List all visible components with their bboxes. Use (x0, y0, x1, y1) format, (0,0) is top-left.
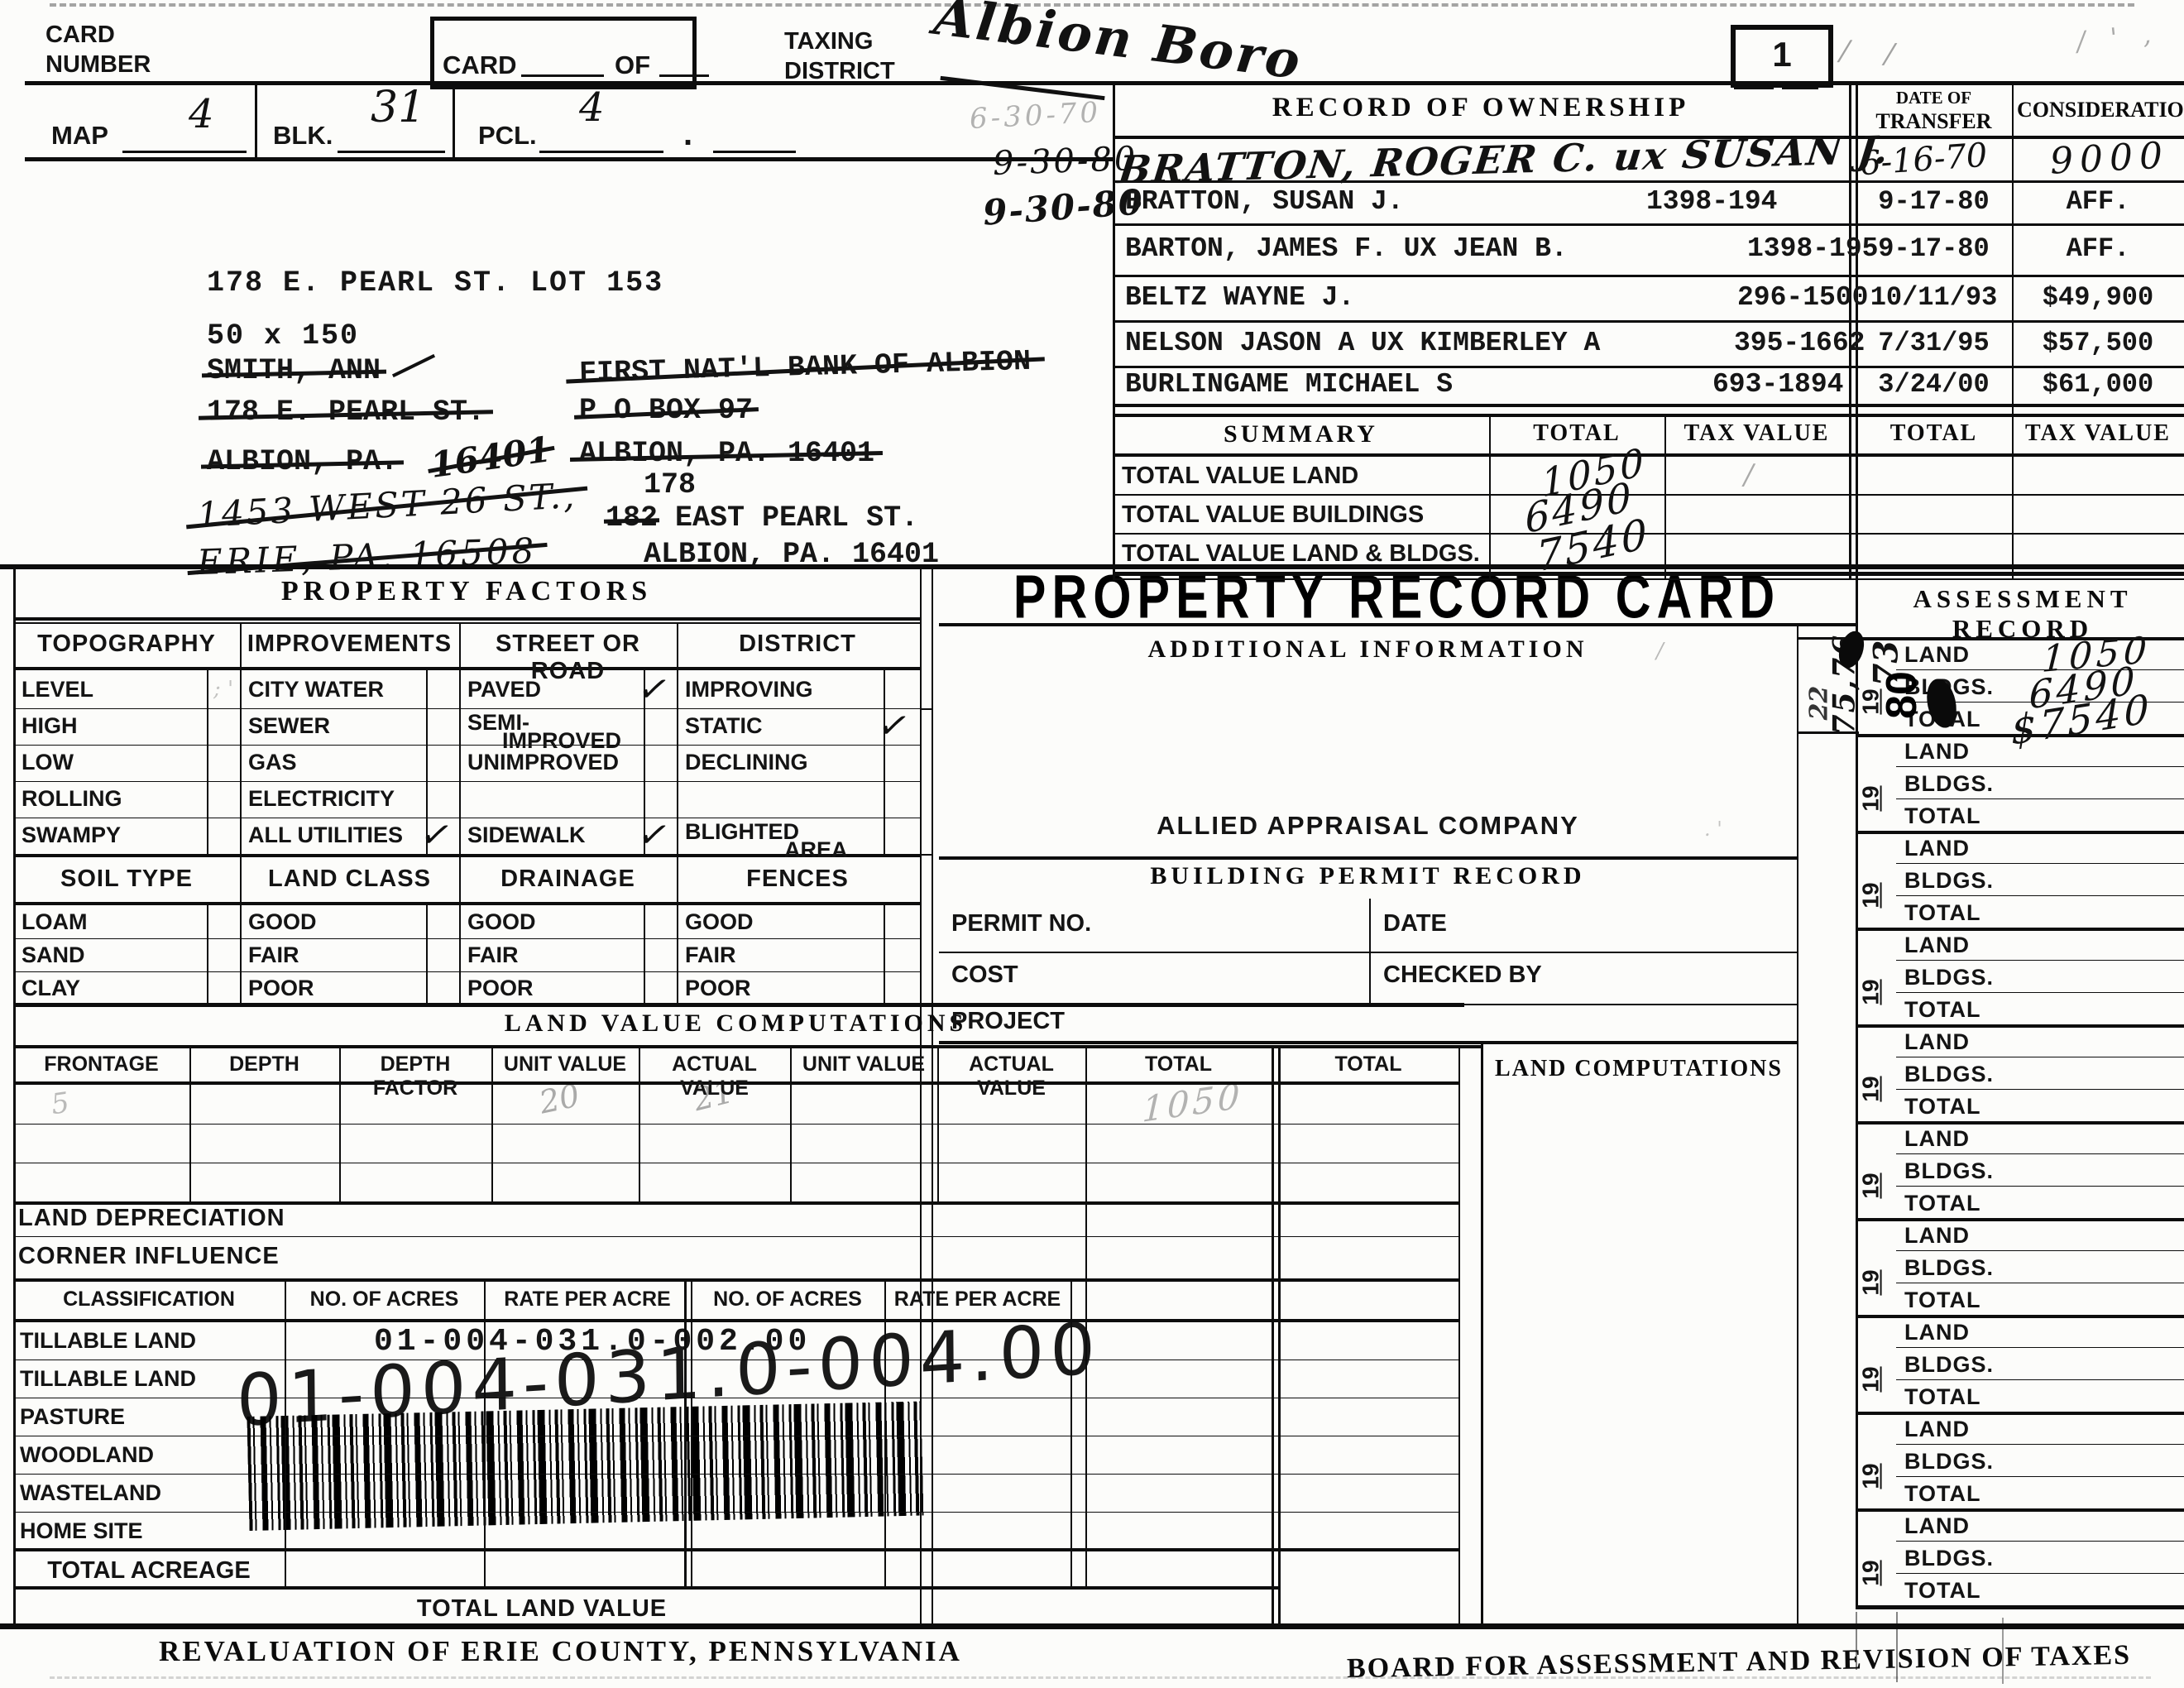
soil-cell-label: POOR (467, 976, 534, 1001)
rule-line (920, 1081, 933, 1083)
assessment-year-prefix: 19 (1858, 785, 1885, 811)
ownership-row-consideration: 9000 (2049, 134, 2170, 182)
bank-pobox-struck: P O BOX 97 (579, 394, 753, 427)
rule-line (13, 708, 920, 709)
rule-line (677, 624, 678, 1005)
pcl-blank-2 (713, 151, 796, 153)
rule-line (255, 81, 257, 160)
permit-date-label: DATE (1383, 910, 1447, 938)
assessment-row-label: TOTAL (1904, 1578, 1981, 1604)
rule-line (691, 1278, 692, 1586)
classification-row-label: TILLABLE LAND (20, 1366, 196, 1392)
ownership-row-date: 9-17-80 (1856, 233, 2012, 264)
factor-cell-label: ALL UTILITIES (248, 822, 403, 848)
assessment-row-label: LAND (1904, 933, 1970, 958)
rule-line (285, 1278, 286, 1586)
rule-line (1896, 766, 2184, 767)
rule-line (920, 1201, 933, 1203)
rule-line (1896, 1186, 2184, 1187)
bank-city-struck: ALBION, PA. 16401 (579, 437, 874, 470)
factor-cell-label: GAS (248, 750, 297, 775)
pencil-mark: / (1656, 639, 1664, 664)
margin-note-2: 9-30-80 (992, 140, 1138, 183)
rule-line (920, 708, 933, 710)
card-of-of-label: OF (615, 50, 650, 80)
permit-no-label: PERMIT NO. (951, 910, 1091, 938)
ownership-row-name: BRATTON, SUSAN J. (1125, 186, 1404, 217)
soil-cell-label: GOOD (248, 909, 317, 935)
assessment-year-prefix: 19 (1858, 1463, 1885, 1489)
cost-label: COST (951, 961, 1018, 989)
checked-by-label: CHECKED BY (1383, 961, 1542, 989)
assessment-year-prefix: 19 (1858, 1269, 1885, 1295)
assessment-year-cell: 19 (1858, 1156, 1894, 1214)
rule-line (1896, 1057, 2184, 1057)
next-card-edge (1896, 1612, 1898, 1682)
factor-cell-label: ELECTRICITY (248, 786, 395, 812)
rule-line (920, 854, 933, 856)
rule-line (13, 1548, 1458, 1551)
ownership-row-name: NELSON JASON A UX KIMBERLEY A (1125, 328, 1600, 358)
rule-line (426, 905, 428, 1003)
soil-cell-label: GOOD (685, 909, 754, 935)
rule-line (1481, 1041, 1483, 1627)
soil-column-header: FENCES (677, 866, 918, 893)
rule-line (1856, 928, 2184, 931)
rule-line (13, 1512, 1458, 1513)
soil-cell-label: FAIR (467, 942, 519, 968)
assessment-year-cell: 19 (1858, 1446, 1894, 1504)
page-number: 1 (1736, 30, 1828, 79)
current-street: 182 EAST PEARL ST. (606, 501, 918, 535)
footer-left: REVALUATION OF ERIE COUNTY, PENNSYLVANIA (159, 1635, 962, 1668)
assessment-year-cell: 19 (1858, 1350, 1894, 1407)
pencil-smudge: ; ' (213, 677, 233, 702)
page-number-underline-1 (1734, 86, 1774, 89)
rule-line (1113, 494, 2184, 496)
rule-line (13, 971, 920, 972)
property-record-card-scan: CARDNUMBER CARD OF TAXINGDISTRICT Albion… (0, 0, 2184, 1688)
rule-line (1896, 1347, 2184, 1348)
factor-cell-label: SIDEWALK (467, 822, 586, 848)
factor-checkmark: ✓ (416, 813, 457, 858)
factor-cell-label: SEWER (248, 713, 330, 739)
prev-owner-hw-city-struck: ERIE, PA. 16508 (196, 530, 538, 583)
assessment-row-label: BLDGS. (1904, 1546, 1994, 1571)
assessment-side-scribble-text: 22 (1804, 686, 1833, 721)
blk-label: BLK. (273, 121, 333, 151)
ownership-row-name: BELTZ WAYNE J. (1125, 282, 1354, 313)
factor-cell-label: ROLLING (22, 786, 122, 812)
total-acreage-label: TOTAL ACREAGE (13, 1557, 285, 1585)
rule-line (1896, 895, 2184, 896)
lvc-title: LAND VALUE COMPUTATIONS (13, 1009, 1458, 1038)
soil-cell-label: GOOD (467, 909, 536, 935)
assessment-row-label: LAND (1904, 1417, 1970, 1442)
rule-line (13, 902, 920, 905)
classification-row-label: TILLABLE LAND (20, 1328, 196, 1354)
summary-title: SUMMARY (1113, 420, 1489, 448)
assessment-year-prefix: 19 (1858, 1560, 1885, 1585)
rule-line (25, 157, 1113, 161)
lvc-column-header: UNIT VALUE (491, 1053, 639, 1077)
rule-line (13, 1319, 1458, 1322)
map-value: 4 (189, 91, 214, 137)
assessment-row-label: LAND (1904, 1513, 1970, 1539)
assessment-year-prefix: 19 (1858, 1172, 1885, 1198)
ownership-consideration-header: CONSIDERATION (2017, 98, 2184, 122)
pcl-label: PCL. (478, 121, 537, 151)
rule-line (939, 623, 1856, 626)
pcl-value: 4 (579, 84, 605, 131)
rule-line (1113, 414, 2184, 417)
rule-line (932, 564, 933, 1627)
rule-line (1896, 1153, 2184, 1154)
pencil-marks: / / (1839, 34, 1909, 72)
rule-line (1896, 1089, 2184, 1090)
property-address-line1: 178 E. PEARL ST. LOT 153 (207, 266, 663, 300)
rule-line (1070, 1278, 1072, 1586)
assessment-year-cell: 19 (1858, 1253, 1894, 1311)
assessment-row-label: BLDGS. (1904, 771, 1994, 797)
assessment-row-label: BLDGS. (1904, 868, 1994, 894)
soil-cell-label: POOR (685, 976, 751, 1001)
bank-name-struck: FIRST NAT'L BANK OF ALBION (579, 345, 1032, 390)
soil-cell-label: SAND (22, 942, 85, 968)
rule-line (939, 856, 1797, 860)
building-permit-title: BUILDING PERMIT RECORD (939, 862, 1797, 890)
map-blank (122, 151, 247, 153)
rule-line (1278, 1045, 1281, 1627)
assessment-year-cell: 19 (1858, 962, 1894, 1020)
factor-cell-label: LOW (22, 750, 74, 775)
factor-cell-label: LEVEL (22, 677, 93, 703)
assessment-row-label: TOTAL (1904, 1191, 1981, 1216)
rule-line (884, 1278, 886, 1586)
rule-line (1113, 275, 2184, 277)
card-of-blank-2 (659, 74, 709, 77)
rule-line (920, 564, 922, 1627)
rule-line (939, 1004, 1797, 1005)
rule-line (1369, 899, 1371, 1004)
soil-cell-label: FAIR (248, 942, 299, 968)
card-number-label: CARDNUMBER (45, 20, 151, 80)
rule-line (484, 1278, 486, 1586)
ownership-row-name: BURLINGAME MICHAEL S (1125, 369, 1453, 400)
assessment-row-label: BLDGS. (1904, 1449, 1994, 1475)
scan-edge-artifact (50, 1676, 2151, 1679)
assessment-row-label: LAND (1904, 1029, 1970, 1055)
classification-row-label: WASTELAND (20, 1480, 161, 1506)
rule-line (13, 1236, 1458, 1237)
ownership-row-date: 9-17-80 (1856, 186, 2012, 217)
rule-line (240, 624, 242, 1005)
ownership-row-date: 7/31/95 (1856, 328, 2012, 358)
rule-line (25, 81, 2184, 85)
assessment-row-label: LAND (1904, 836, 1970, 861)
rule-line (1272, 1045, 1274, 1627)
assessment-row-label: TOTAL (1904, 900, 1981, 926)
rule-line (13, 818, 920, 818)
assessment-year-cell: 19 (1858, 1543, 1894, 1601)
assessment-year-cell: 19 (1858, 769, 1894, 827)
rule-line (1856, 1605, 2184, 1609)
soil-column-header: DRAINAGE (459, 866, 677, 893)
additional-info-label: ADDITIONAL INFORMATION (939, 635, 1797, 664)
rule-line (920, 1319, 933, 1321)
rule-line (13, 938, 920, 939)
factor-cell-label: AREA (784, 837, 848, 863)
rule-line (1856, 1315, 2184, 1318)
rule-line (939, 1041, 1797, 1044)
soil-column-header: SOIL TYPE (13, 866, 240, 893)
prev-owner-name-struck: SMITH, ANN (207, 354, 381, 387)
pencil-marks: / ' , (2075, 17, 2161, 57)
classification-row-label: WOODLAND (20, 1442, 154, 1468)
rule-line (13, 1278, 1458, 1282)
assessment-year-prefix: 19 (1858, 882, 1885, 908)
lvc-frontage-value: 5 (49, 1086, 71, 1122)
ownership-row-bookpage: 693-1894 (1712, 369, 1843, 400)
property-factors-title: PROPERTY FACTORS (13, 576, 920, 607)
rule-line (1896, 1573, 2184, 1574)
factor-cell-label: DECLINING (685, 750, 808, 775)
factor-column-header: IMPROVEMENTS (240, 631, 459, 658)
assessment-row-label: BLDGS. (1904, 1062, 1994, 1087)
rule-line (939, 952, 1797, 953)
lvc-column-header: DEPTH FACTOR (339, 1053, 491, 1101)
prev-owner-city-struck: ALBION, PA. 16401 (207, 437, 551, 478)
taxing-district-value: Albion Boro (931, 0, 1305, 91)
rule-line (13, 745, 920, 746)
blk-blank (338, 151, 445, 153)
soil-cell-label: LOAM (22, 909, 87, 935)
factor-cell-label: BLIGHTED (685, 819, 799, 845)
prev-owner-hw-street-struck: 1453 WEST 26 ST., (196, 475, 577, 535)
factor-column-header: TOPOGRAPHY (13, 631, 240, 658)
summary-row-label: TOTAL VALUE BUILDINGS (1122, 501, 1424, 529)
lvc-column-header: ACTUAL VALUE (639, 1053, 790, 1101)
rule-line (13, 1201, 1458, 1205)
assessment-row-label: BLDGS. (1904, 1255, 1994, 1281)
ownership-row-consideration: AFF. (2012, 186, 2184, 217)
rule-line (1458, 1045, 1460, 1627)
rule-line (13, 617, 920, 621)
rule-line (884, 670, 885, 854)
rule-line (13, 1045, 1481, 1048)
pcl-blank-1 (539, 151, 663, 153)
ownership-row-bookpage: 296-1500 (1737, 282, 1868, 313)
taxing-district-label: TAXINGDISTRICT (784, 26, 895, 87)
rule-line (1896, 1541, 2184, 1542)
rule-line (207, 670, 208, 854)
soil-column-header: LAND CLASS (240, 866, 459, 893)
rule-line (13, 564, 16, 1627)
factor-cell-label: PAVED (467, 677, 541, 703)
card-of-card-label: CARD (443, 50, 517, 80)
assessment-year-prefix: 19 (1858, 1076, 1885, 1101)
factor-cell-label: CITY WATER (248, 677, 384, 703)
rule-line (13, 1398, 1458, 1398)
property-dimensions: 50 x 150 (207, 319, 359, 352)
ownership-row-consideration: AFF. (2012, 233, 2184, 264)
rule-line (1896, 1250, 2184, 1251)
assessment-year-stamp: 80 (1878, 670, 1928, 753)
rule-line (13, 1586, 1278, 1590)
next-card-edge (1856, 1612, 1857, 1670)
rule-line (1896, 992, 2184, 993)
card-of-box: CARD OF (430, 17, 697, 89)
soil-cell-label: CLAY (22, 976, 80, 1001)
current-house-number: 178 (644, 468, 696, 501)
factor-checkmark: ✓ (874, 704, 914, 749)
assessment-row-label: TOTAL (1904, 1288, 1981, 1313)
soil-cell-label: FAIR (685, 942, 736, 968)
assessment-year-prefix: 19 (1858, 1366, 1885, 1392)
rule-line (920, 1003, 933, 1005)
rule-line (13, 622, 920, 624)
lvc-column-header: UNIT VALUE (790, 1053, 937, 1077)
ownership-row-consideration: $57,500 (2012, 328, 2184, 358)
map-label: MAP (51, 121, 108, 151)
rule-line (1664, 414, 1666, 578)
project-label: PROJECT (951, 1008, 1065, 1035)
rule-line (207, 905, 208, 1003)
summary-row-taxvalue-mark: / (1744, 458, 1753, 492)
rule-line (1085, 1045, 1087, 1586)
rule-line (13, 1163, 1458, 1163)
rule-line (1896, 1379, 2184, 1380)
classification-column-header: RATE PER ACRE (884, 1288, 1070, 1312)
classification-column-header: NO. OF ACRES (691, 1288, 884, 1312)
rule-line (1896, 1476, 2184, 1477)
rule-line (13, 1474, 1458, 1475)
page-number-box: 1 (1731, 25, 1833, 88)
blk-value: 31 (371, 83, 425, 132)
assessment-row-label: LAND (1904, 1320, 1970, 1345)
rule-line (1896, 960, 2184, 961)
assessment-year-prefix: 19 (1858, 979, 1885, 1005)
ownership-row-name: BARTON, JAMES F. UX JEAN B. (1125, 233, 1568, 264)
rule-line (1856, 831, 2184, 834)
rule-line (1113, 81, 1115, 578)
ownership-row-bookpage: 395-1662 (1734, 328, 1865, 358)
rule-line (1896, 863, 2184, 864)
factor-cell-label: IMPROVING (685, 677, 813, 703)
card-of-blank-1 (521, 74, 604, 77)
factor-cell-label: UNIMPROVED (467, 750, 619, 775)
rule-line (1113, 572, 2184, 576)
ownership-row-date: 3/24/00 (1856, 369, 2012, 400)
rule-line (1856, 1508, 2184, 1512)
rule-line (1489, 414, 1491, 578)
assessment-year-cell: 19 (1858, 1059, 1894, 1117)
rule-line (644, 905, 645, 1003)
factor-checkmark: ✓ (634, 813, 674, 858)
rule-line (1797, 626, 1798, 1627)
rule-line (1896, 1283, 2184, 1283)
factor-cell-label: STATIC (685, 713, 763, 739)
ownership-row-date: 10/11/93 (1856, 282, 2012, 313)
ownership-row-consideration: $61,000 (2012, 369, 2184, 400)
rule-line (13, 1360, 1458, 1360)
summary-col-total-2: TOTAL (1856, 420, 2012, 447)
assessment-row-label: LAND (1904, 642, 1970, 668)
land-depreciation-label: LAND DEPRECIATION (18, 1205, 285, 1232)
rule-line (0, 1623, 2184, 1629)
ownership-row-bookpage: 1398-194 (1646, 186, 1777, 217)
appraisal-company: ALLIED APPRAISAL COMPANY (939, 811, 1797, 841)
lvc-column-header: TOTAL (1085, 1053, 1272, 1077)
ownership-row-date: 6-16-70 (1859, 137, 1989, 184)
rule-line (13, 781, 920, 782)
rule-line (453, 81, 455, 160)
assessment-side-scribble: 22 (1802, 688, 1851, 738)
rule-line (1896, 1444, 2184, 1445)
factor-cell-label: HIGH (22, 713, 78, 739)
assessment-year-stamp-text: 80 (1877, 671, 1927, 719)
assessment-row-label: TOTAL (1904, 997, 1981, 1023)
strike-arrow (392, 354, 435, 377)
rule-line (1113, 366, 2184, 368)
lvc-column-header: TOTAL (1278, 1053, 1458, 1077)
classification-column-header: RATE PER ACRE (484, 1288, 691, 1312)
ownership-title: RECORD OF OWNERSHIP (1158, 93, 1803, 123)
summary-col-taxvalue-2: TAX VALUE (2012, 420, 2184, 447)
rule-line (1856, 1412, 2184, 1415)
classification-row-label: HOME SITE (20, 1518, 143, 1544)
rule-line (684, 1278, 687, 1586)
assessment-row-label: LAND (1904, 1126, 1970, 1152)
assessment-row-label: BLDGS. (1904, 1158, 1994, 1184)
total-land-value-label: TOTAL LAND VALUE (13, 1595, 1070, 1623)
soil-cell-label: POOR (248, 976, 314, 1001)
rule-line (13, 1124, 1458, 1125)
summary-col-taxvalue-1: TAX VALUE (1664, 420, 1849, 447)
assessment-year-cell: 19 (1858, 866, 1894, 923)
rule-line (1896, 798, 2184, 799)
summary-row-label: TOTAL VALUE LAND (1122, 463, 1358, 490)
rule-line (1113, 404, 2184, 407)
prev-owner-street-struck: 178 E. PEARL ST. (207, 396, 485, 429)
assessment-row-label: TOTAL (1904, 1481, 1981, 1507)
pcl-dot: . (683, 116, 692, 153)
assessment-row-label: BLDGS. (1904, 1352, 1994, 1378)
margin-note-1: 6-30-70 (969, 96, 1102, 136)
rule-line (884, 905, 885, 1003)
rule-line (1113, 320, 2184, 323)
factor-column-header: DISTRICT (677, 631, 918, 658)
assessment-row-label: TOTAL (1904, 1094, 1981, 1120)
rule-line (13, 1436, 1458, 1436)
assessment-row-label: TOTAL (1904, 803, 1981, 829)
summary-row-label: TOTAL VALUE LAND & BLDGS. (1122, 540, 1480, 568)
ownership-row-consideration: $49,900 (2012, 282, 2184, 313)
factor-cell-label: SWAMPY (22, 822, 121, 848)
assessment-row-label: TOTAL (1904, 1384, 1981, 1410)
classification-row-label: PASTURE (20, 1404, 125, 1430)
classification-column-header: CLASSIFICATION (13, 1288, 285, 1312)
corner-influence-label: CORNER INFLUENCE (18, 1243, 280, 1270)
page-number-underline-2 (1782, 86, 1818, 89)
land-computations-title: LAND COMPUTATIONS (1481, 1056, 1797, 1082)
lvc-column-header: ACTUAL VALUE (937, 1053, 1085, 1101)
rule-line (1856, 1218, 2184, 1221)
rule-line (1113, 453, 2184, 457)
assessment-row-label: LAND (1904, 1223, 1970, 1249)
classification-column-header: NO. OF ACRES (285, 1288, 484, 1312)
lvc-column-header: DEPTH (189, 1053, 339, 1077)
